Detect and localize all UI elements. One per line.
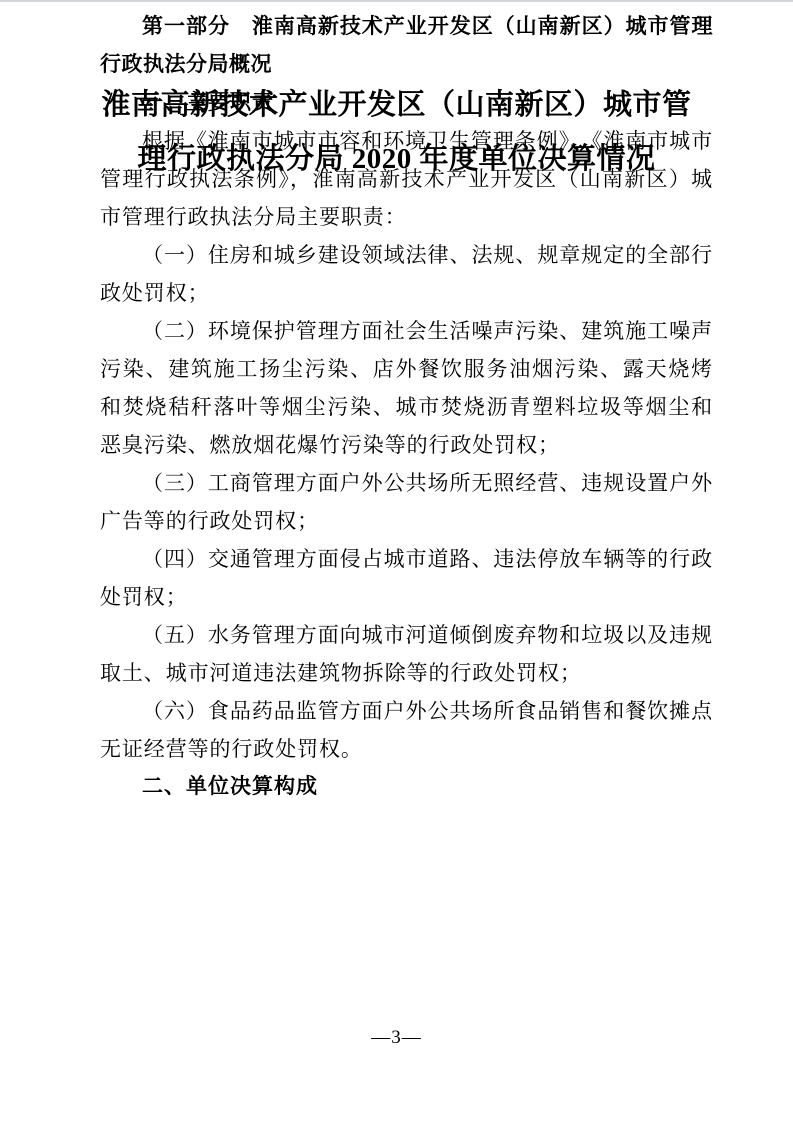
page-number: —3—: [0, 1026, 793, 1050]
duty-paragraph-5: （五）水务管理方面向城市河道倾倒废弃物和垃圾以及违规取土、城市河道违法建筑物拆除…: [100, 616, 713, 692]
duty-paragraph-6: （六）食品药品监管方面户外公共场所食品销售和餐饮摊点无证经营等的行政处罚权。: [100, 692, 713, 768]
section1-heading: 一、主要职责: [100, 84, 713, 122]
document-page: 淮南高新技术产业开发区（山南新区）城市管理行政执法分局 2020 年度单位决算情…: [0, 0, 793, 1122]
duty-paragraph-2: （二）环境保护管理方面社会生活噪声污染、建筑施工噪声污染、建筑施工扬尘污染、店外…: [100, 312, 713, 464]
section2-heading: 二、单位决算构成: [100, 768, 713, 806]
duty-paragraph-1: （一）住房和城乡建设领域法律、法规、规章规定的全部行政处罚权；: [100, 236, 713, 312]
document-body: 第一部分 淮南高新技术产业开发区（山南新区）城市管理行政执法分局概况 一、主要职…: [100, 0, 713, 806]
duty-paragraph-4: （四）交通管理方面侵占城市道路、违法停放车辆等的行政处罚权；: [100, 540, 713, 616]
duty-paragraph-3: （三）工商管理方面户外公共场所无照经营、违规设置户外广告等的行政处罚权；: [100, 464, 713, 540]
intro-paragraph: 根据《淮南市城市市容和环境卫生管理条例》、《淮南市城市管理行政执法条例》，淮南高…: [100, 122, 713, 236]
part1-heading: 第一部分 淮南高新技术产业开发区（山南新区）城市管理行政执法分局概况: [100, 8, 713, 84]
